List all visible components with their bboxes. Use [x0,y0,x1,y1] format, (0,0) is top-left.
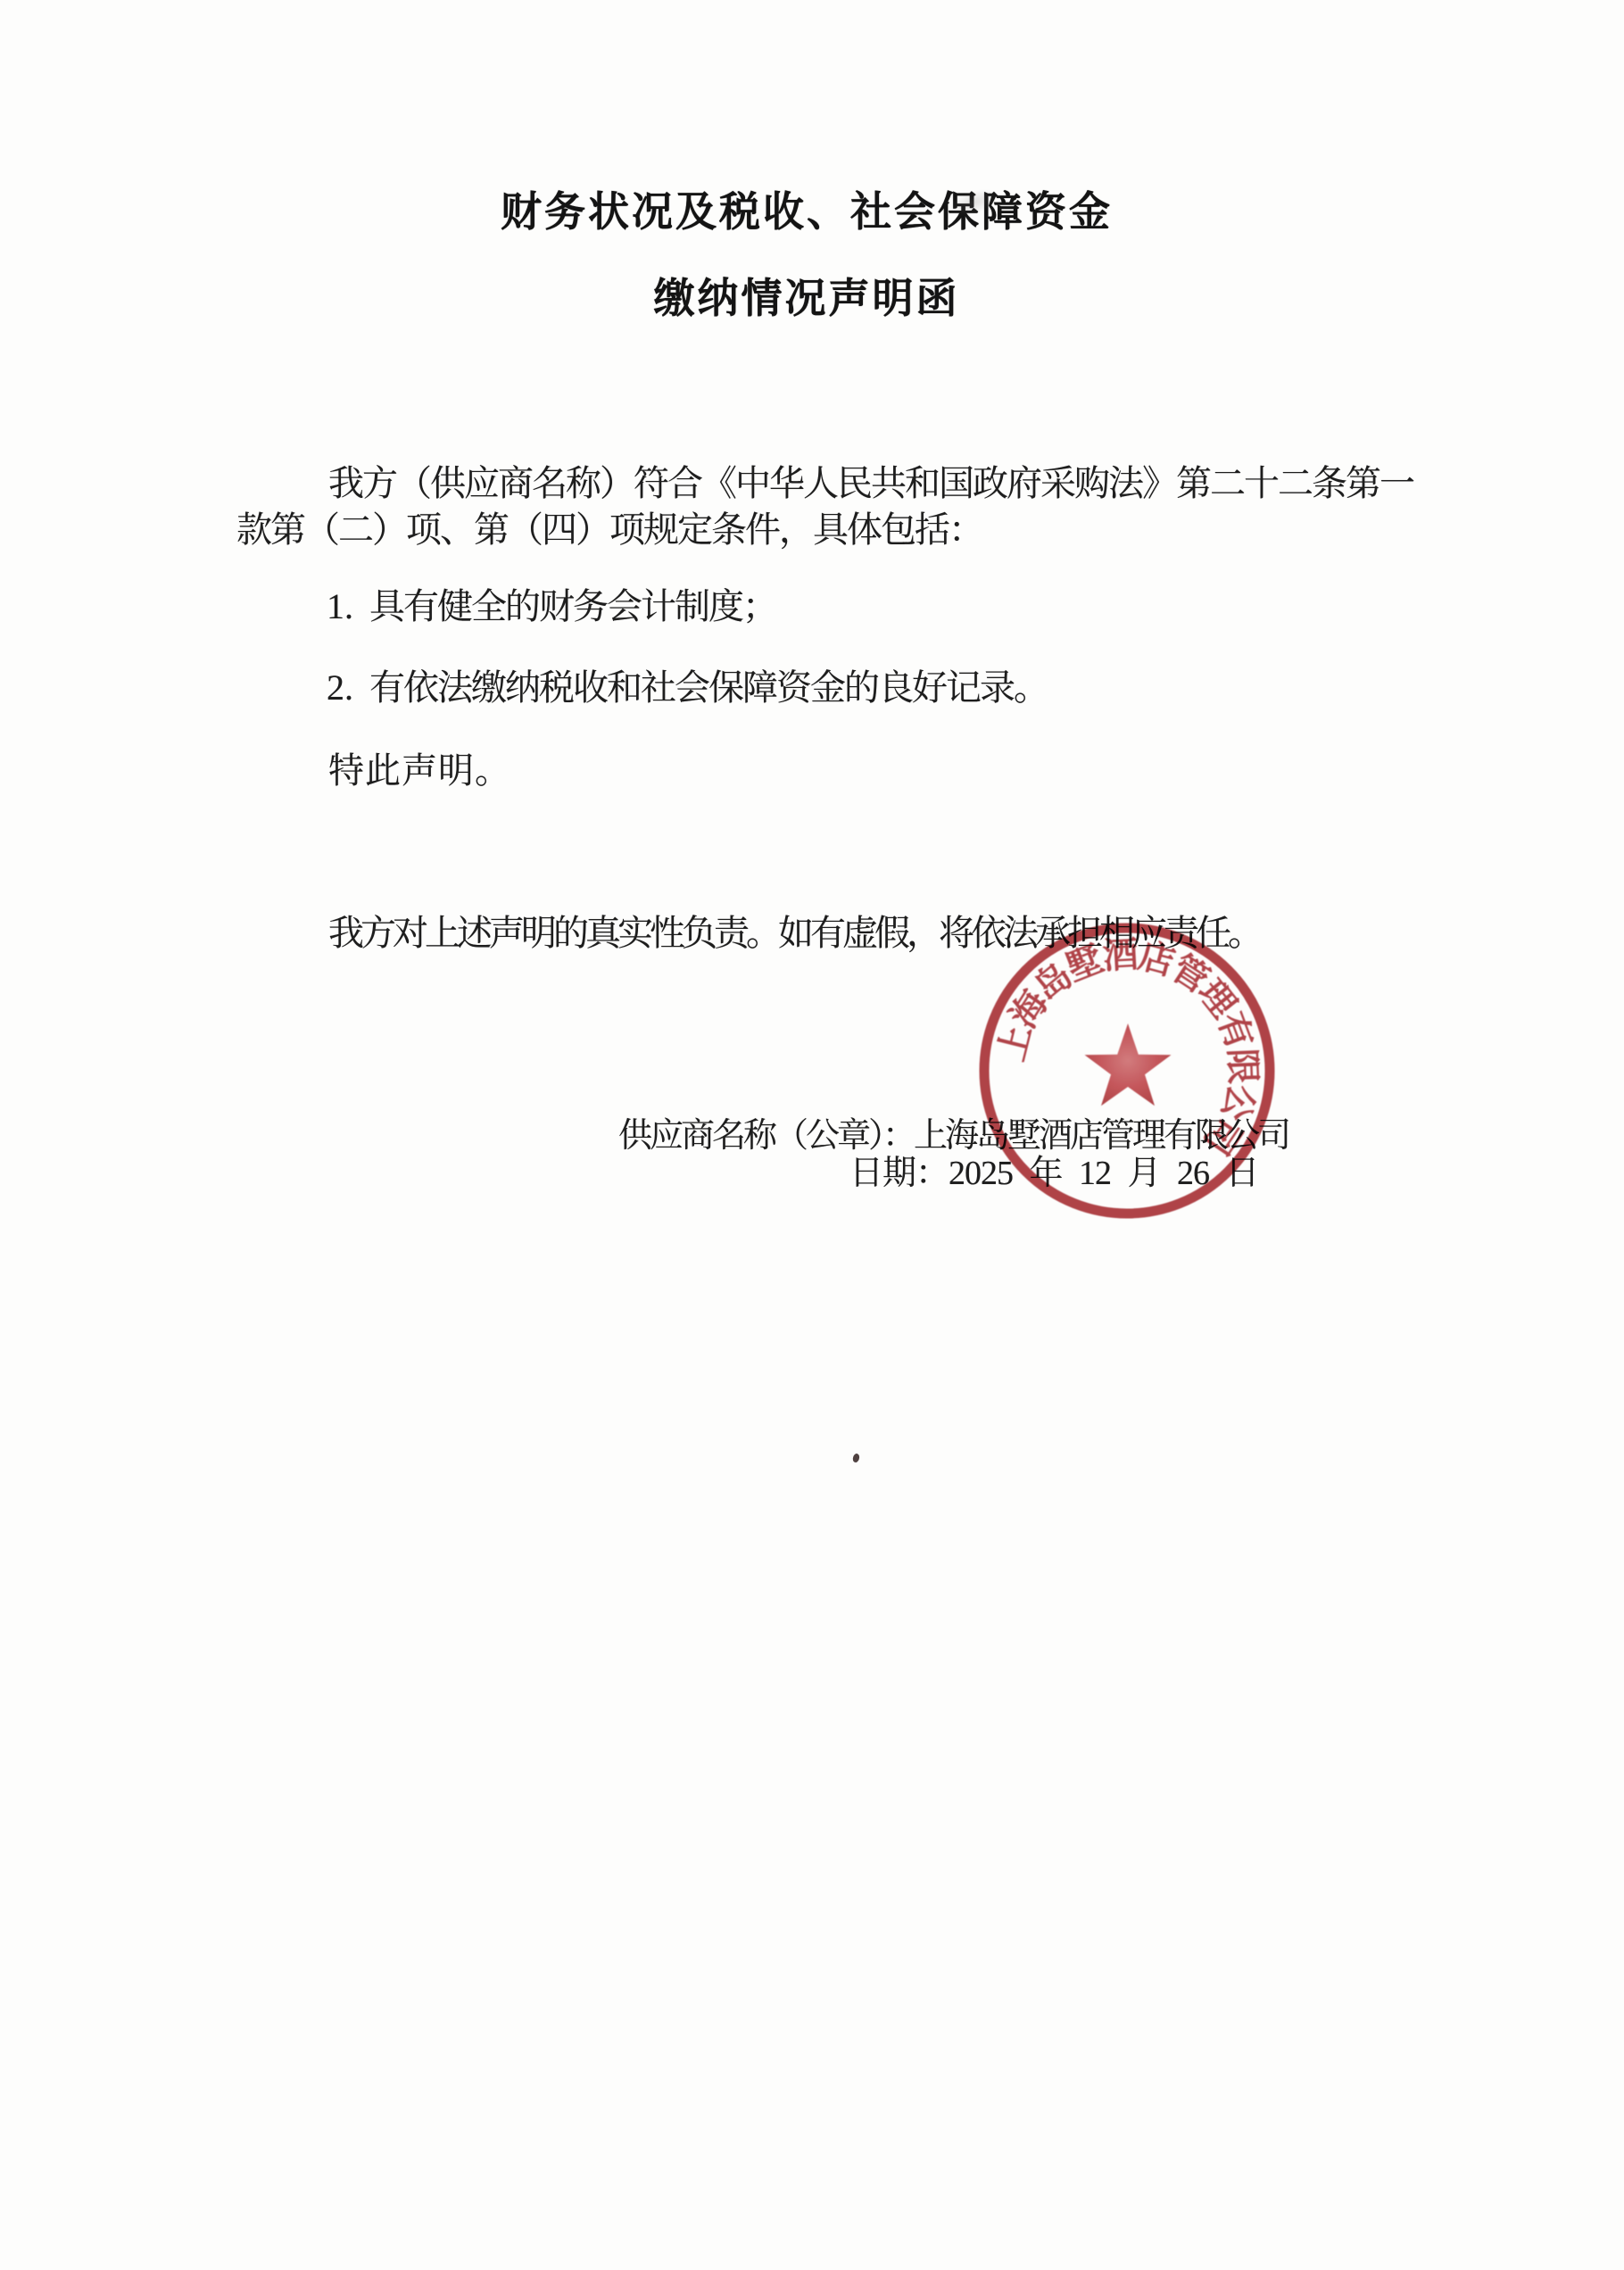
company-seal: 上海岛墅酒店管理有限公司 [966,910,1288,1231]
paragraph1-line2: 款第（二）项、第（四）项规定条件，具体包括： [236,510,982,551]
document-title-line1: 财务状况及税收、社会保障资金 [0,191,1613,234]
ink-speck [852,1453,861,1463]
red-star-icon [1085,1023,1172,1106]
list-item-2-number: 2. [327,667,353,708]
document-title-line2: 缴纳情况声明函 [0,278,1613,320]
svg-text:酒: 酒 [1102,934,1139,976]
list-item-1-number: 1. [327,586,353,626]
document-page: 财务状况及税收、社会保障资金 缴纳情况声明函 我方（供应商名称）符合《中华人民共… [0,0,1624,2270]
list-item-1: 1.具有健全的财务会计制度； [327,586,776,627]
svg-text:限: 限 [1222,1048,1264,1085]
list-item-1-text: 具有健全的财务会计制度； [369,586,776,626]
list-item-2: 2.有依法缴纳税收和社会保障资金的良好记录。 [327,667,1048,708]
company-seal-graphic: 上海岛墅酒店管理有限公司 [966,910,1288,1231]
supplier-label: 供应商名称（公章）： [618,1117,914,1155]
paragraph1-line1: 我方（供应商名称）符合《中华人民共和国政府采购法》第二十二条第一 [328,463,1413,504]
closing-statement: 特此声明。 [328,750,511,791]
list-item-2-text: 有依法缴纳税收和社会保障资金的良好记录。 [369,667,1048,708]
